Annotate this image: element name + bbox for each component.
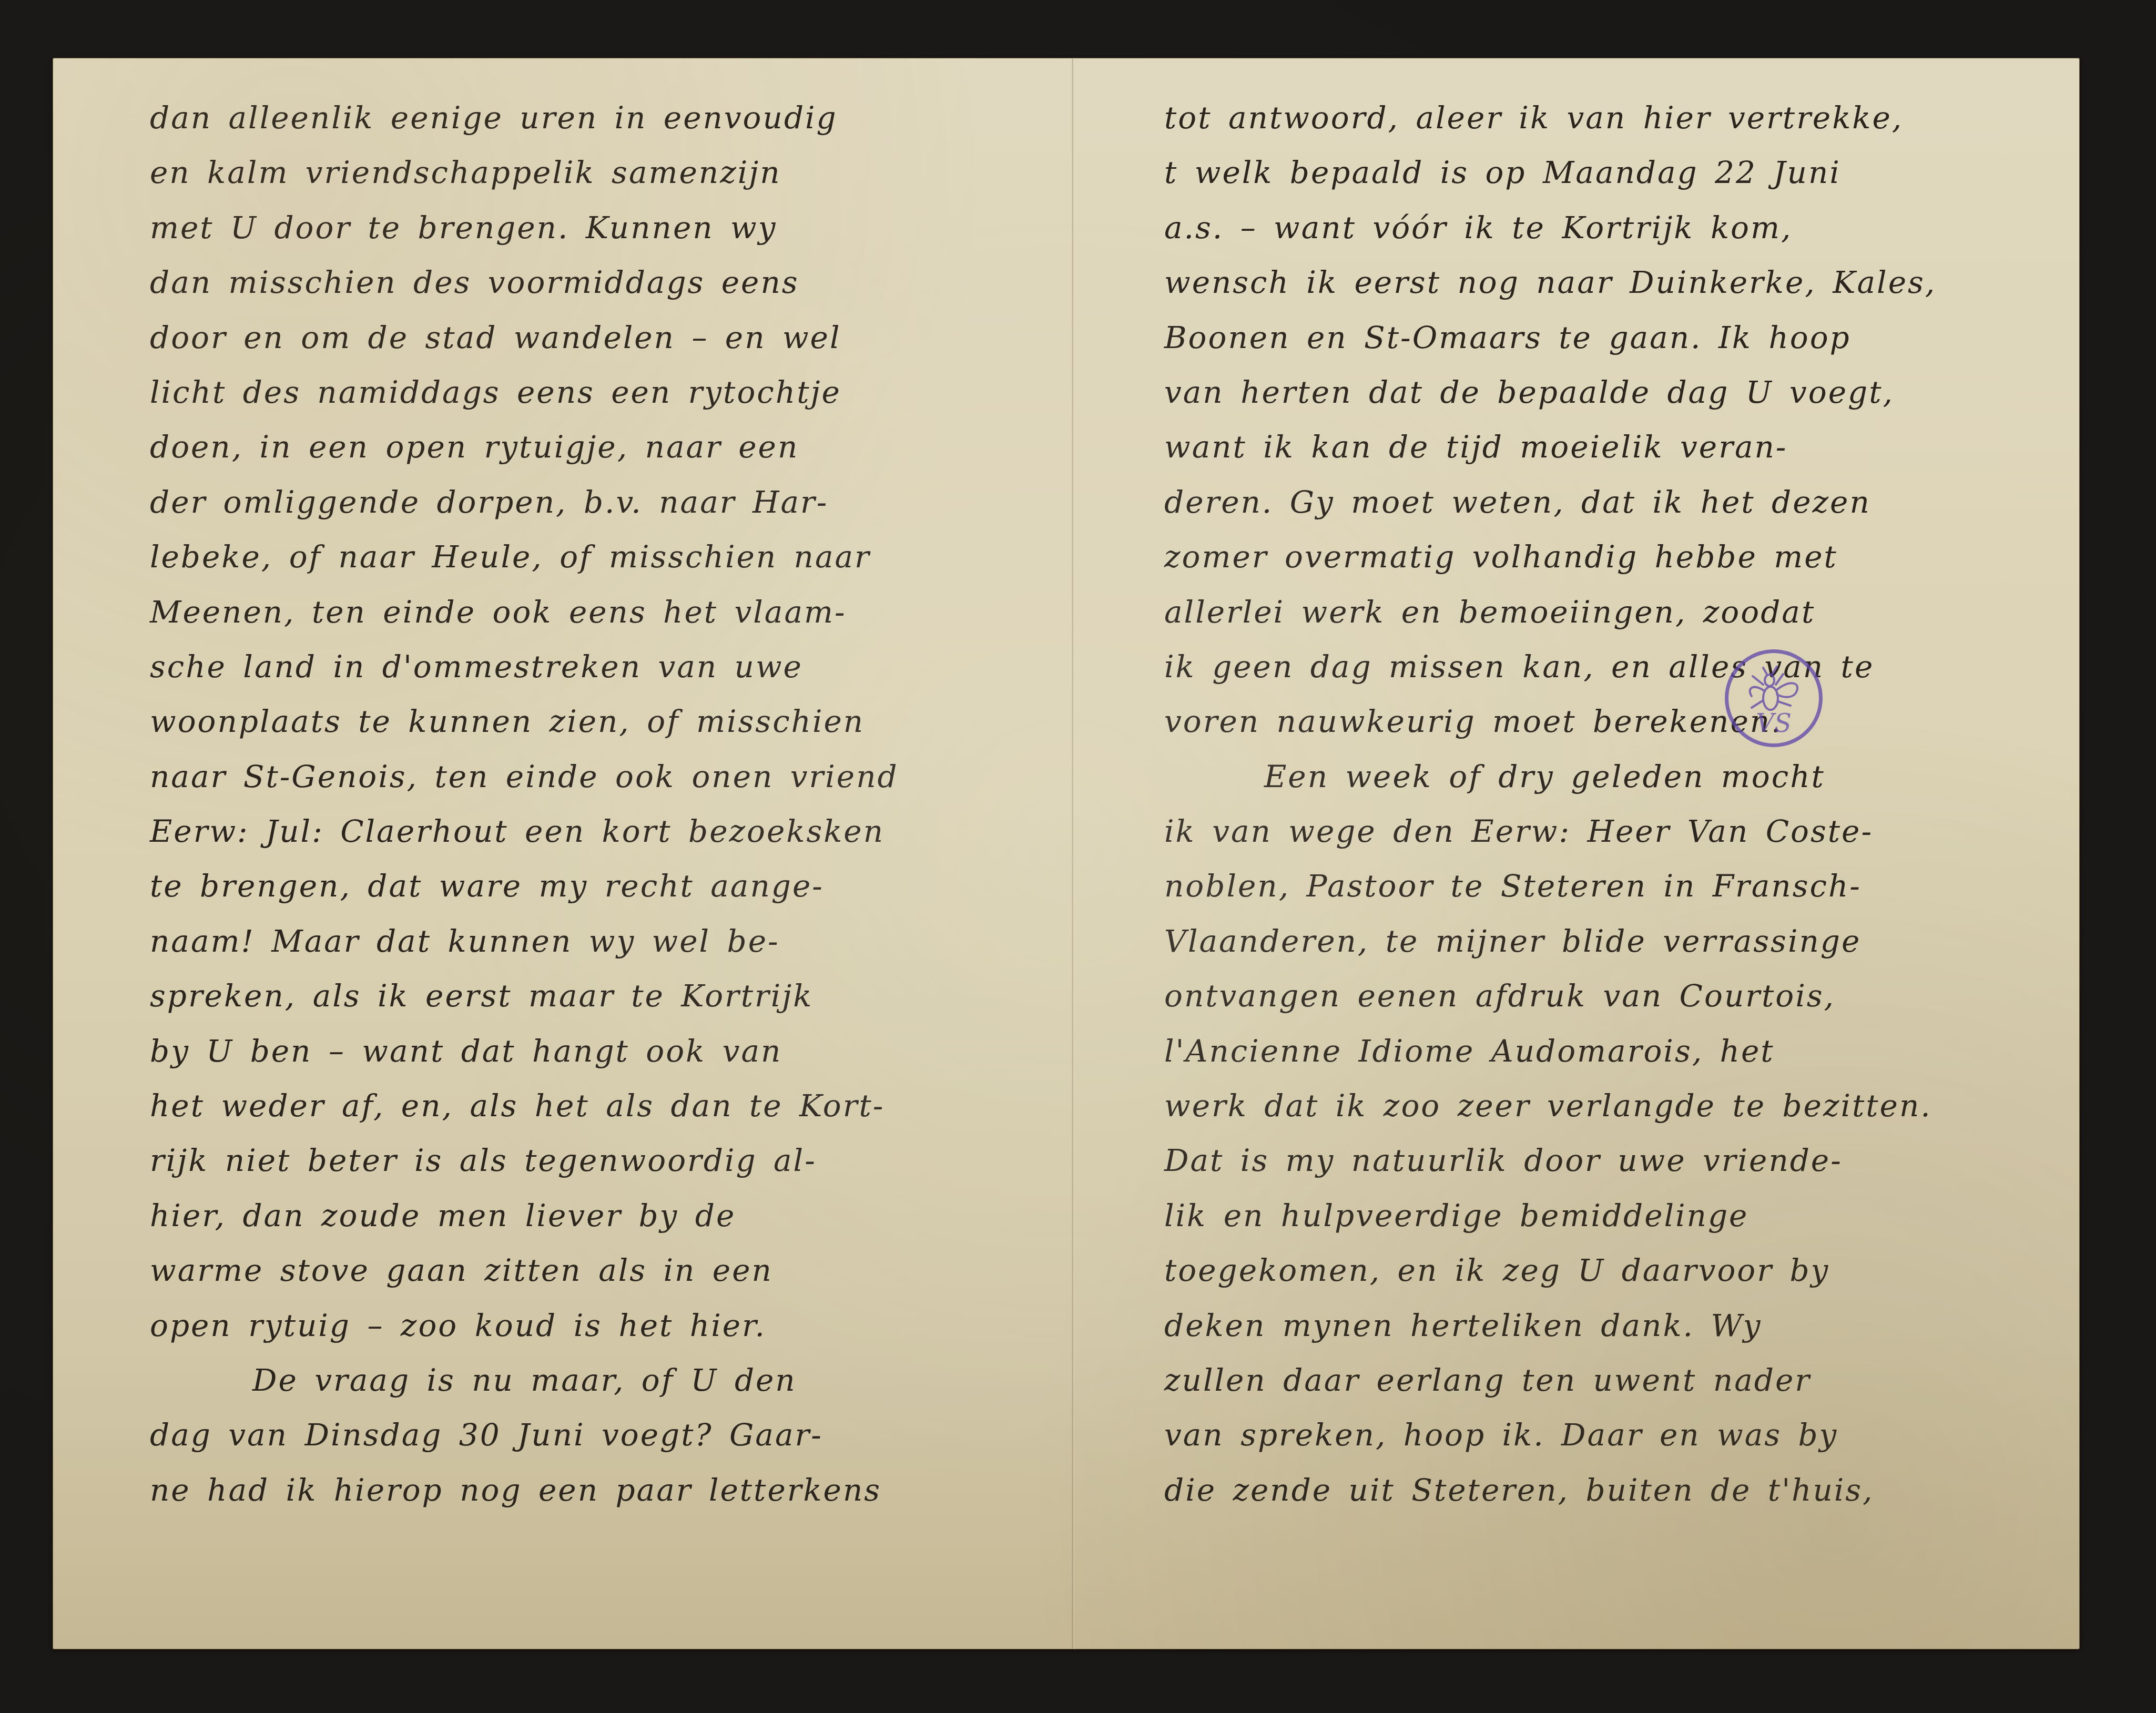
right-page-text-line: zomer overmatig volhandig hebbe met [1075,529,2080,584]
scan-background: dan alleenlik eenige uren in eenvoudigen… [0,0,2156,1713]
right-page-text: tot antwoord, aleer ik van hier vertrekk… [1075,90,2080,1517]
right-page-text-line: wensch ik eerst nog naar Duinkerke, Kale… [1075,255,2080,310]
left-page-text-line: dag van Dinsdag 30 Juni voegt? Gaar- [53,1408,1072,1462]
left-page-text-line: Eerw: Jul: Claerhout een kort bezoeksken [53,804,1072,859]
right-page-text-line: deren. Gy moet weten, dat ik het dezen [1075,475,2080,529]
left-page-text-line: open rytuig – zoo koud is het hier. [53,1298,1072,1353]
left-page-text-line: lebeke, of naar Heule, of misschien naar [53,529,1072,584]
collection-stamp: VS [1725,649,1823,747]
left-page-text-line: by U ben – want dat hangt ook van [53,1024,1072,1078]
right-page-text-line: voren nauwkeurig moet berekenen. [1075,694,2080,749]
right-page-text-line: ik geen dag missen kan, en alles van te [1075,639,2080,694]
right-page-text-line: zullen daar eerlang ten uwent nader [1075,1353,2080,1408]
right-page-text-line: t welk bepaald is op Maandag 22 Juni [1075,145,2080,200]
left-page-text-line: spreken, als ik eerst maar te Kortrijk [53,968,1072,1023]
left-page-text-line: ne had ik hierop nog een paar letterkens [53,1463,1072,1517]
letter-sheet: dan alleenlik eenige uren in eenvoudigen… [53,58,2080,1649]
right-page-text-line: ontvangen eenen afdruk van Courtois, [1075,968,2080,1023]
right-page-text-line: lik en hulpveerdige bemiddelinge [1075,1188,2080,1243]
right-page-text-line: Een week of dry geleden mocht [1075,749,2080,804]
left-page-text-line: hier, dan zoude men liever by de [53,1188,1072,1243]
left-page-text-line: warme stove gaan zitten als in een [53,1243,1072,1298]
right-page-text-line: werk dat ik zoo zeer verlangde te bezitt… [1075,1078,2080,1133]
right-page-text-line: van spreken, hoop ik. Daar en was by [1075,1408,2080,1462]
bee-icon: VS [1728,653,1819,743]
right-page-text-line: tot antwoord, aleer ik van hier vertrekk… [1075,90,2080,145]
left-page-text-line: dan misschien des voormiddags eens [53,255,1072,310]
left-page-text: dan alleenlik eenige uren in eenvoudigen… [53,90,1072,1517]
left-page-text-line: sche land in d'ommestreken van uwe [53,639,1072,694]
left-page-text-line: naam! Maar dat kunnen wy wel be- [53,914,1072,968]
right-page-text-line: toegekomen, en ik zeg U daarvoor by [1075,1243,2080,1298]
left-page-text-line: met U door te brengen. Kunnen wy [53,200,1072,255]
stamp-monogram: VS [1756,709,1792,738]
right-page-text-line: a.s. – want vóór ik te Kortrijk kom, [1075,200,2080,255]
right-page: tot antwoord, aleer ik van hier vertrekk… [1075,58,2080,1649]
left-page-text-line: en kalm vriendschappelik samenzijn [53,145,1072,200]
left-page-text-line: Meenen, ten einde ook eens het vlaam- [53,585,1072,639]
right-page-text-line: allerlei werk en bemoeiingen, zoodat [1075,585,2080,639]
left-page-text-line: te brengen, dat ware my recht aange- [53,859,1072,913]
right-page-text-line: noblen, Pastoor te Steteren in Fransch- [1075,859,2080,913]
right-page-text-line: ik van wege den Eerw: Heer Van Coste- [1075,804,2080,859]
left-page-text-line: der omliggende dorpen, b.v. naar Har- [53,475,1072,529]
right-page-text-line: Vlaanderen, te mijner blide verrassinge [1075,914,2080,968]
left-page: dan alleenlik eenige uren in eenvoudigen… [53,58,1072,1649]
left-page-text-line: woonplaats te kunnen zien, of misschien [53,694,1072,749]
left-page-text-line: dan alleenlik eenige uren in eenvoudig [53,90,1072,145]
right-page-text-line: Dat is my natuurlik door uwe vriende- [1075,1133,2080,1188]
right-page-text-line: l'Ancienne Idiome Audomarois, het [1075,1024,2080,1078]
right-page-text-line: Boonen en St-Omaars te gaan. Ik hoop [1075,310,2080,365]
left-page-text-line: doen, in een open rytuigje, naar een [53,420,1072,474]
right-page-text-line: die zende uit Steteren, buiten de t'huis… [1075,1463,2080,1517]
left-page-text-line: door en om de stad wandelen – en wel [53,310,1072,365]
left-page-text-line: licht des namiddags eens een rytochtje [53,365,1072,420]
left-page-text-line: het weder af, en, als het als dan te Kor… [53,1078,1072,1133]
right-page-text-line: van herten dat de bepaalde dag U voegt, [1075,365,2080,420]
right-page-text-line: deken mynen herteliken dank. Wy [1075,1298,2080,1353]
left-page-text-line: rijk niet beter is als tegenwoordig al- [53,1133,1072,1188]
left-page-text-line: De vraag is nu maar, of U den [53,1353,1072,1408]
left-page-text-line: naar St-Genois, ten einde ook onen vrien… [53,749,1072,804]
right-page-text-line: want ik kan de tijd moeielik veran- [1075,420,2080,474]
